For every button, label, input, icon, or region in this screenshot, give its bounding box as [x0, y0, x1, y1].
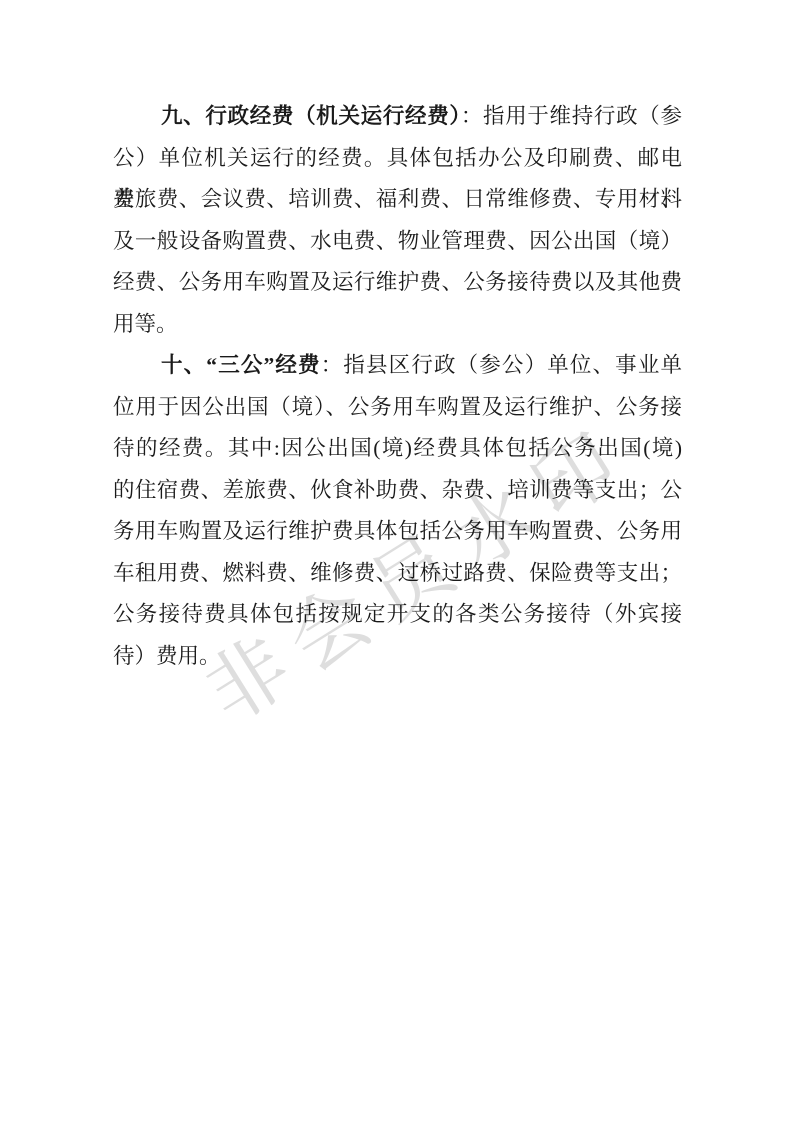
- paragraph-9-line: 经费、公务用车购置及运行维护费、公务接待费以及其他费: [113, 262, 682, 304]
- paragraph-10-line: 公务接待费具体包括按规定开支的各类公务接待（外宾接: [113, 594, 682, 636]
- document-page: 非会员水印 九、行政经费（机关运行经费）：指用于维持行政（参 公）单位机关运行的…: [0, 0, 793, 1122]
- line-text: 车租用费、燃料费、维修费、过桥过路费、保险费等支出；: [113, 561, 682, 585]
- line-text: 差旅费、会议费、培训费、福利费、日常维修费、专用材料: [113, 187, 682, 211]
- line-text: ：指用于维持行政（参: [461, 104, 682, 128]
- body-text: 九、行政经费（机关运行经费）：指用于维持行政（参 公）单位机关运行的经费。具体包…: [113, 96, 682, 677]
- paragraph-9-line: 差旅费、会议费、培训费、福利费、日常维修费、专用材料: [113, 179, 682, 221]
- line-text: 待）费用。: [113, 644, 221, 668]
- paragraph-10-line: 车租用费、燃料费、维修费、过桥过路费、保险费等支出；: [113, 553, 682, 595]
- line-text: ：指县区行政（参公）单位、事业单: [321, 353, 682, 377]
- paragraph-9-line: 公）单位机关运行的经费。具体包括办公及印刷费、邮电费、: [113, 138, 682, 180]
- line-text: 的住宿费、差旅费、伙食补助费、杂费、培训费等支出；公: [113, 478, 682, 502]
- paragraph-10-line: 待的经费。其中:因公出国(境)经费具体包括公务出国(境): [113, 428, 682, 470]
- paragraph-10-line: 十、“三公”经费：指县区行政（参公）单位、事业单: [113, 345, 682, 387]
- paragraph-9-line: 及一般设备购置费、水电费、物业管理费、因公出国（境）: [113, 221, 682, 263]
- paragraph-10-line: 待）费用。: [113, 636, 682, 678]
- line-text: 用等。: [113, 312, 178, 336]
- paragraph-9-line: 九、行政经费（机关运行经费）：指用于维持行政（参: [113, 96, 682, 138]
- paragraph-10-line: 位用于因公出国（境）、公务用车购置及运行维护、公务接: [113, 387, 682, 429]
- paragraph-10-heading: 十、“三公”经费: [161, 353, 321, 377]
- paragraph-10-line: 务用车购置及运行维护费具体包括公务用车购置费、公务用: [113, 511, 682, 553]
- line-text: 务用车购置及运行维护费具体包括公务用车购置费、公务用: [113, 519, 682, 543]
- paragraph-9-heading: 九、行政经费（机关运行经费）: [161, 104, 461, 128]
- line-text: 位用于因公出国（境）、公务用车购置及运行维护、公务接: [113, 395, 682, 419]
- line-text: 公务接待费具体包括按规定开支的各类公务接待（外宾接: [113, 602, 682, 626]
- line-text: 待的经费。其中:因公出国(境)经费具体包括公务出国(境): [113, 436, 682, 460]
- line-text: 及一般设备购置费、水电费、物业管理费、因公出国（境）: [113, 229, 682, 253]
- paragraph-10-line: 的住宿费、差旅费、伙食补助费、杂费、培训费等支出；公: [113, 470, 682, 512]
- line-text: 经费、公务用车购置及运行维护费、公务接待费以及其他费: [113, 270, 682, 294]
- paragraph-9-line: 用等。: [113, 304, 682, 346]
